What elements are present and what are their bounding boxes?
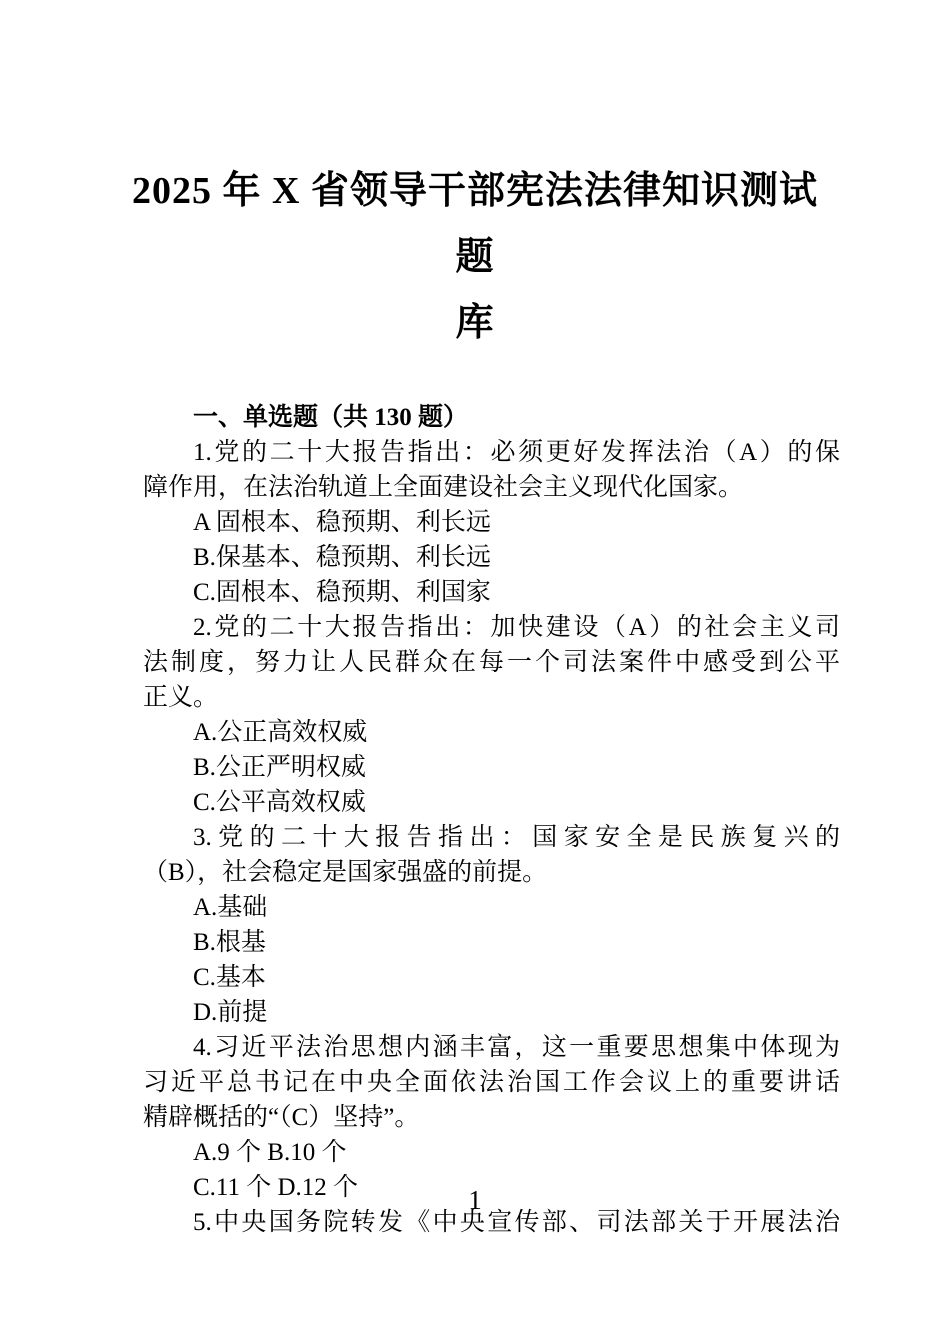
option-line: B.保基本、稳预期、利长远 bbox=[143, 540, 840, 575]
question-stem-line: 4.习近平法治思想内涵丰富，这一重要思想集中体现为 bbox=[143, 1030, 840, 1065]
option-line: A.基础 bbox=[143, 890, 840, 925]
document-body: 一、单选题（共 130 题）1.党的二十大报告指出：必须更好发挥法治（A）的保障… bbox=[143, 400, 843, 1240]
option-line: A.9 个 B.10 个 bbox=[143, 1135, 840, 1170]
option-line: C.公平高效权威 bbox=[143, 785, 840, 820]
question-stem-line: 3.党的二十大报告指出：国家安全是民族复兴的 bbox=[143, 820, 840, 855]
question-stem-line: （B），社会稳定是国家强盛的前提。 bbox=[143, 855, 840, 890]
option-line: A.公正高效权威 bbox=[143, 715, 840, 750]
question-stem-line: 障作用，在法治轨道上全面建设社会主义现代化国家。 bbox=[143, 470, 840, 505]
document-title: 2025 年 X 省领导干部宪法法律知识测试题 库 bbox=[125, 0, 825, 356]
option-line: B.根基 bbox=[143, 925, 840, 960]
question-stem-line: 2.党的二十大报告指出：加快建设（A）的社会主义司 bbox=[143, 610, 840, 645]
option-line: A 固根本、稳预期、利长远 bbox=[143, 505, 840, 540]
option-line: C.基本 bbox=[143, 960, 840, 995]
question-stem-line: 习近平总书记在中央全面依法治国工作会议上的重要讲话 bbox=[143, 1065, 840, 1100]
document-title-line2: 库 bbox=[125, 290, 825, 356]
question-stem-line: 正义。 bbox=[143, 680, 840, 715]
question-stem-line: 1.党的二十大报告指出：必须更好发挥法治（A）的保 bbox=[143, 435, 840, 470]
option-line: C.固根本、稳预期、利国家 bbox=[143, 575, 840, 610]
section-heading: 一、单选题（共 130 题） bbox=[143, 400, 840, 435]
document-page: 2025 年 X 省领导干部宪法法律知识测试题 库 一、单选题（共 130 题）… bbox=[0, 0, 950, 1344]
option-line: D.前提 bbox=[143, 995, 840, 1030]
question-stem-line: 精辟概括的“（C）坚持”。 bbox=[143, 1100, 840, 1135]
option-line: B.公正严明权威 bbox=[143, 750, 840, 785]
question-stem-line: 法制度，努力让人民群众在每一个司法案件中感受到公平 bbox=[143, 645, 840, 680]
page-number: 1 bbox=[0, 1184, 950, 1216]
document-title-line1: 2025 年 X 省领导干部宪法法律知识测试题 bbox=[125, 158, 825, 290]
